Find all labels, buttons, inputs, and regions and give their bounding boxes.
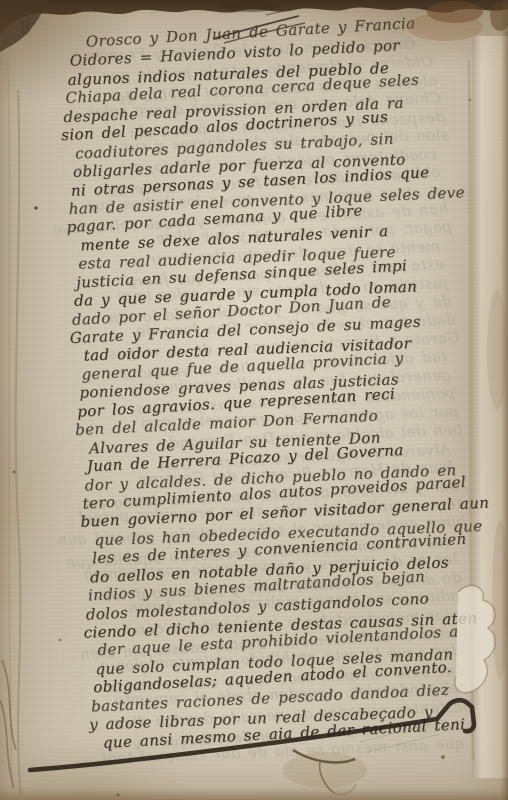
ink-speck [34,206,37,209]
folio-number: 8 [19,17,33,39]
top-stain [220,0,280,12]
flourish-stroke [266,7,313,15]
stain-speck [441,755,445,759]
left-crease-faint [8,60,12,790]
ink-speck [13,471,16,474]
worn-right-edge [501,0,508,800]
worn-bottom-edge [0,788,508,800]
top-stain [44,3,80,15]
manuscript-page: Orosco y Don Juan de Garate y FranciaOid… [0,0,508,800]
manuscript-text: Orosco y Don Juan de Garate y FranciaOid… [55,15,502,753]
left-crease [16,90,21,795]
bottom-left-crinkle [0,660,16,788]
